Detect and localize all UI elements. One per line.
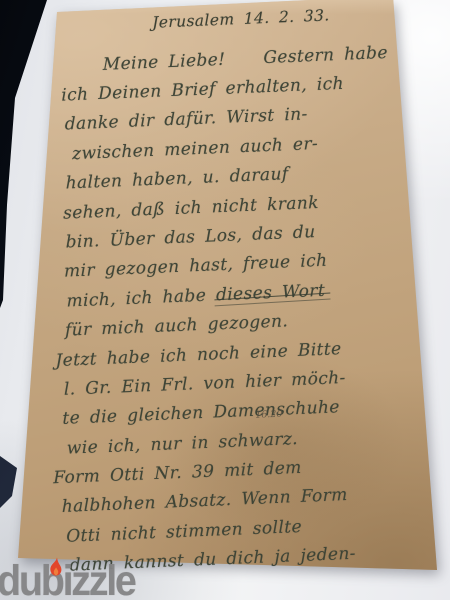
flame-icon: [49, 557, 64, 577]
handwritten-letter: Jerusalem 14. 2. 33. Meine Liebe! Gester…: [50, 0, 435, 582]
watermark-text: dubizzle: [0, 557, 135, 600]
postcard-photo: Jerusalem 14. 2. 33. Meine Liebe! Gester…: [0, 0, 450, 600]
pencil-annotation: 16.20: [255, 409, 282, 421]
letter-underlined-words: dieses Wort: [216, 280, 325, 305]
dubizzle-watermark: dubizzle: [0, 555, 135, 600]
letter-line-prefix: mich, ich habe: [66, 285, 216, 311]
letter-line: Gestern habe: [263, 38, 388, 73]
